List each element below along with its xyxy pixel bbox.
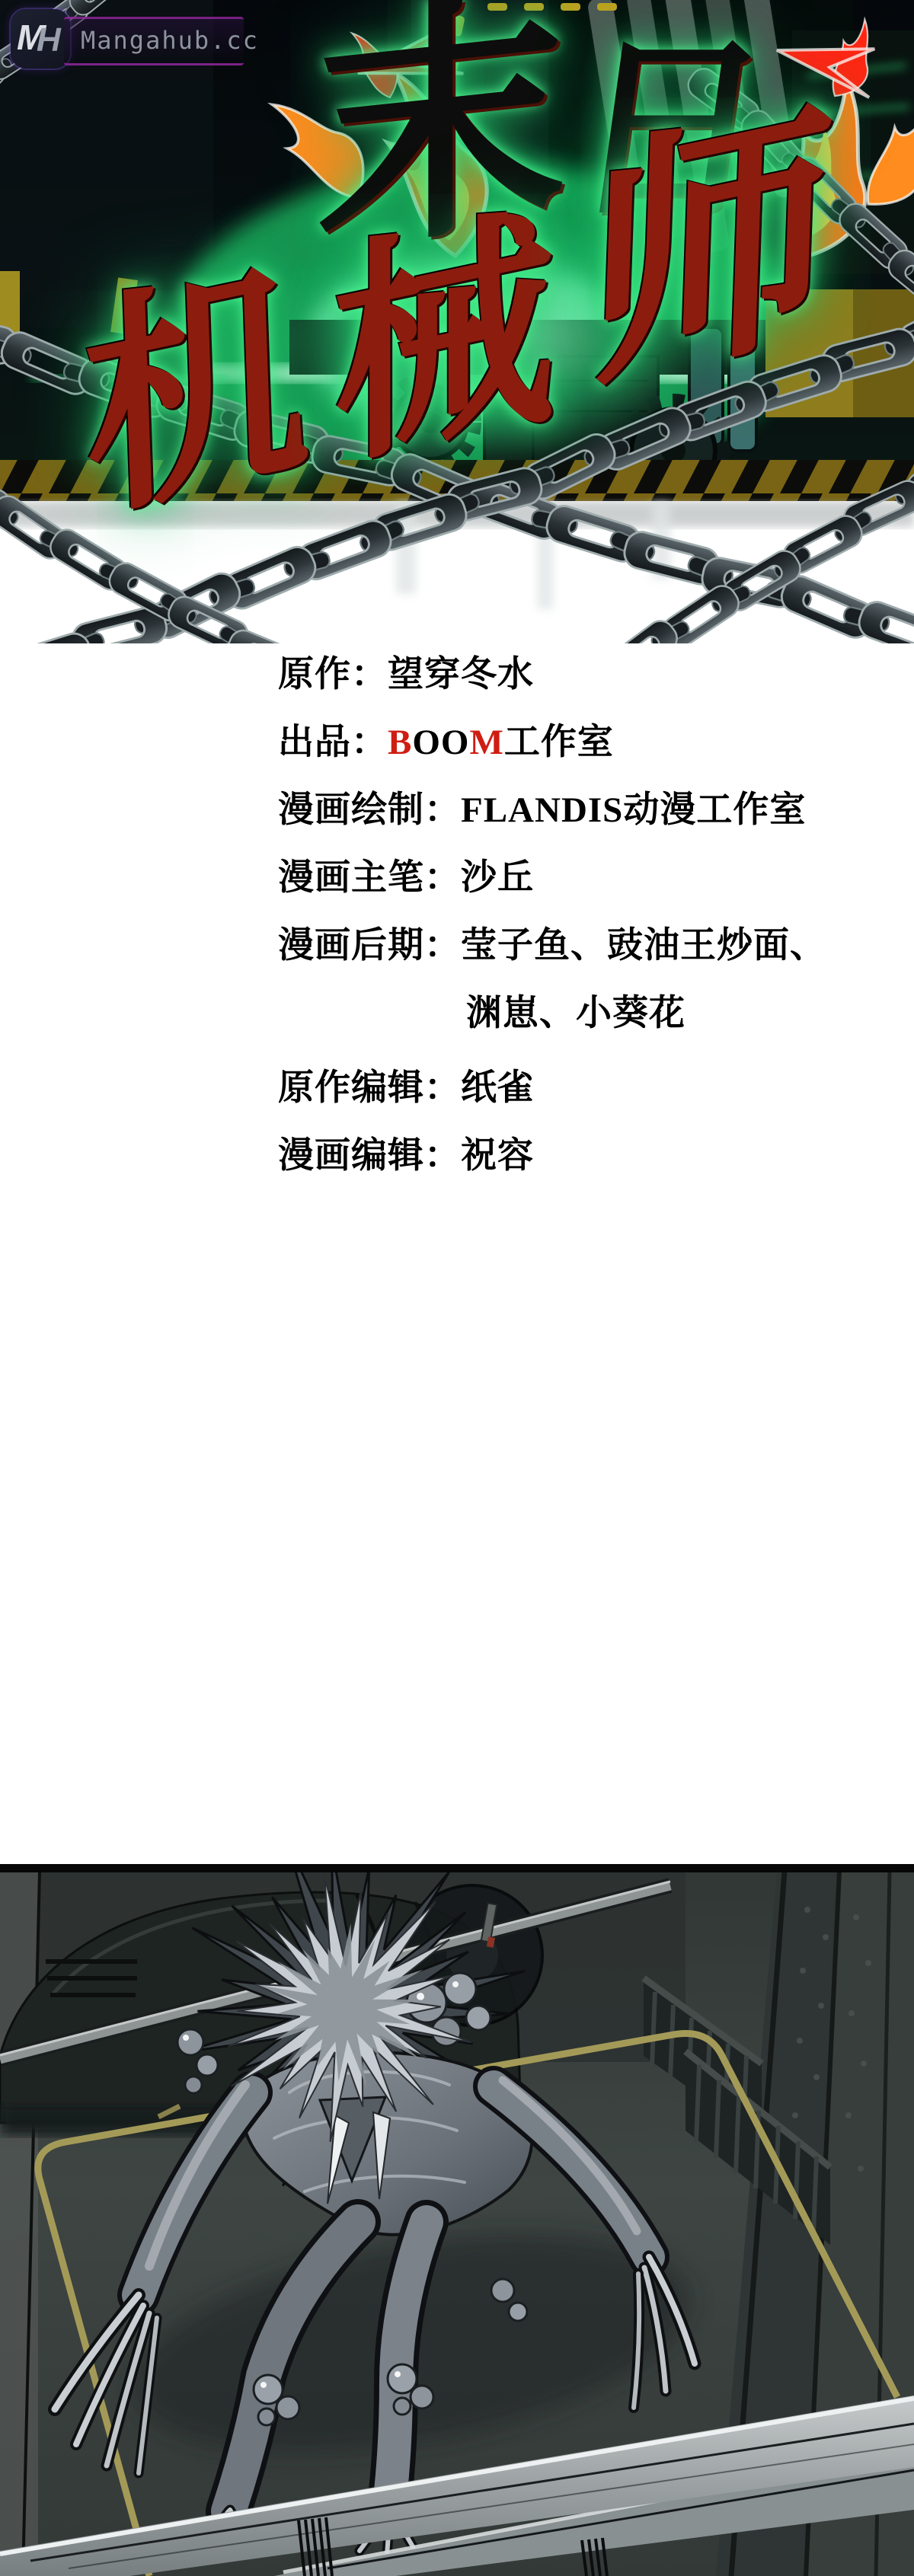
header-art-svg (0, 0, 914, 643)
credit-value: 工作室 (504, 723, 614, 762)
credit-value: 渊崽、小葵花 (466, 994, 685, 1033)
credit-value: B (388, 723, 412, 762)
credit-value: M (469, 723, 503, 762)
credit-line: 出品：BOOM工作室 (0, 720, 914, 787)
credit-label: 出品： (278, 723, 388, 762)
credit-value: 望穿冬水 (388, 655, 534, 694)
panel-border (0, 1864, 914, 1872)
credit-value: OO (412, 723, 469, 762)
credit-line: 原作编辑：纸雀 (0, 1065, 914, 1133)
credit-line: 漫画主笔：沙丘 (0, 855, 914, 923)
credit-label: 漫画主笔： (278, 858, 461, 898)
left-wall (0, 1872, 40, 2576)
header-art: 末 日 机 械 师 M H Mangahub.cc (0, 0, 914, 643)
industrial-background (0, 0, 914, 519)
credit-line: 漫画绘制：FLANDIS动漫工作室 (0, 787, 914, 855)
credits-section: 原作：望穿冬水出品：BOOM工作室漫画绘制：FLANDIS动漫工作室漫画主笔：沙… (0, 652, 914, 1201)
credit-line: 漫画后期：莹子鱼、豉油王炒面、 (0, 923, 914, 991)
site-logo-icon[interactable]: M H (11, 9, 70, 69)
comic-panel (0, 1864, 914, 2576)
watermark-text: Mangahub.cc (81, 26, 259, 55)
credit-label: 原作： (278, 655, 388, 694)
credit-label: 漫画绘制： (278, 790, 461, 830)
credit-value: FLANDIS动漫工作室 (461, 790, 806, 830)
credit-label: 漫画后期： (278, 926, 461, 966)
credit-label: 原作编辑： (278, 1068, 461, 1108)
credit-value: 莹子鱼、豉油王炒面、 (461, 926, 826, 966)
credit-line: 渊崽、小葵花 (0, 991, 914, 1058)
credit-value: 沙丘 (461, 858, 534, 898)
comic-panel-svg (0, 1864, 914, 2576)
credit-line: 原作：望穿冬水 (0, 652, 914, 720)
credit-value: 纸雀 (461, 1068, 534, 1108)
manga-page: 末 日 机 械 师 M H Mangahub.cc 原作：望穿冬水出品：BOOM… (0, 0, 914, 2576)
logo-letter: H (37, 21, 61, 59)
watermark-banner: Mangahub.cc (64, 17, 244, 65)
credit-line: 漫画编辑：祝容 (0, 1133, 914, 1201)
credit-label: 漫画编辑： (278, 1136, 461, 1176)
credit-value: 祝容 (461, 1136, 534, 1176)
site-watermark[interactable]: M H Mangahub.cc (11, 12, 254, 73)
